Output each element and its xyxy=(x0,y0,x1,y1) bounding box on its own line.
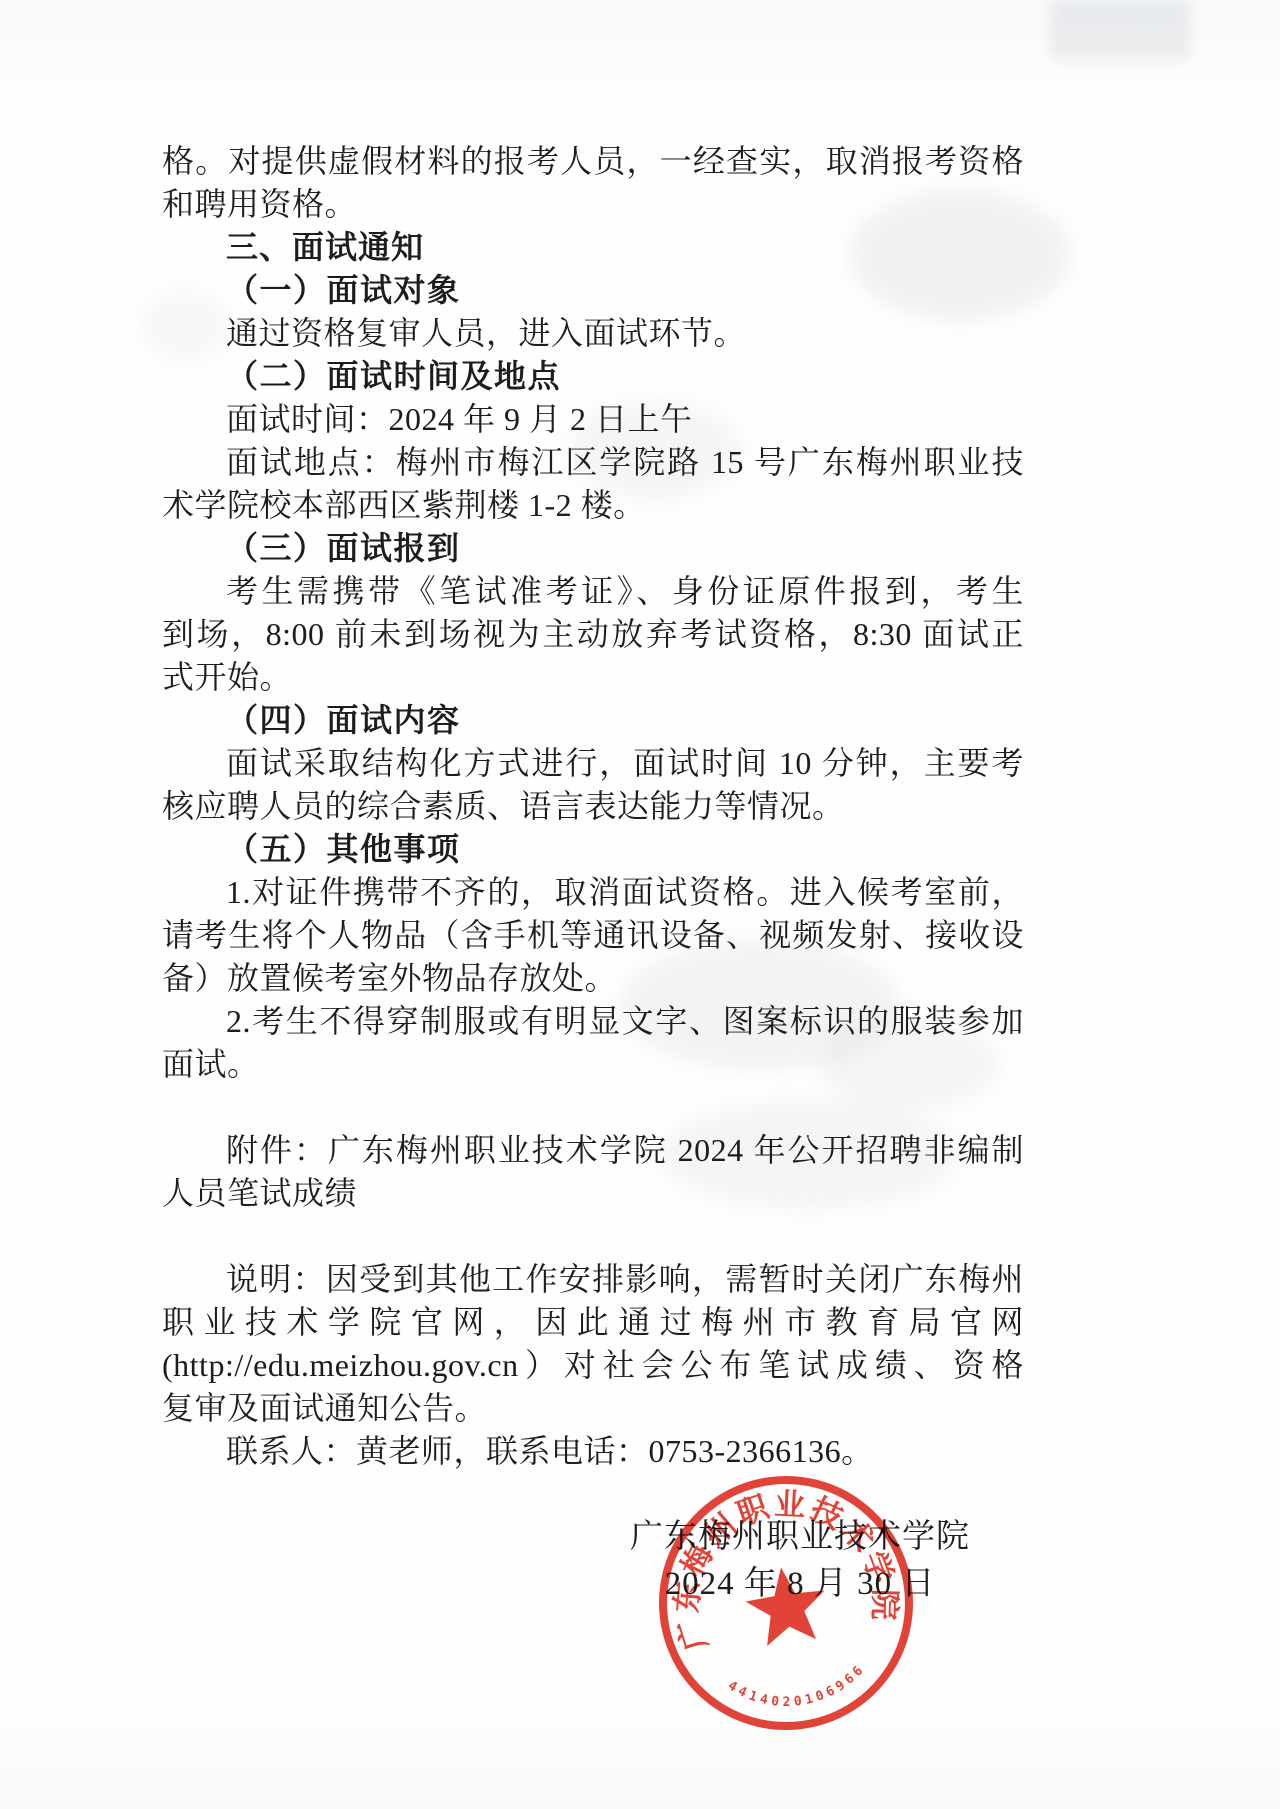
text-line: 面试时间：2024 年 9 月 2 日上午 xyxy=(162,398,1024,441)
text-line: 复审及面试通知公告。 xyxy=(162,1387,1024,1430)
text-line: 面试。 xyxy=(162,1043,1024,1086)
text-line: 人员笔试成绩 xyxy=(162,1172,1024,1215)
star-icon xyxy=(741,1562,831,1648)
text-line: 核应聘人员的综合素质、语言表达能力等情况。 xyxy=(162,785,1024,828)
text-line: 面试采取结构化方式进行，面试时间 10 分钟，主要考 xyxy=(162,742,1024,785)
blank-line xyxy=(162,1215,1024,1258)
blank-line xyxy=(162,1086,1024,1129)
text-line: 请考生将个人物品（含手机等通讯设备、视频发射、接收设 xyxy=(162,914,1024,957)
scan-artifact xyxy=(1050,0,1190,60)
text-line: （三）面试报到 xyxy=(162,527,1024,570)
text-line: 通过资格复审人员，进入面试环节。 xyxy=(162,312,1024,355)
text-line: 术学院校本部西区紫荆楼 1-2 楼。 xyxy=(162,484,1024,527)
document-body: 格。对提供虚假材料的报考人员，一经查实，取消报考资格和聘用资格。三、面试通知（一… xyxy=(162,140,1024,1473)
text-line: 和聘用资格。 xyxy=(162,183,1024,226)
text-line: 三、面试通知 xyxy=(162,226,1024,269)
official-seal-stamp: 广东梅州职业技术学院 4414020106966 xyxy=(641,1458,931,1748)
text-line: 附件：广东梅州职业技术学院 2024 年公开招聘非编制 xyxy=(162,1129,1024,1172)
text-line: 式开始。 xyxy=(162,656,1024,699)
text-line: 备）放置候考室外物品存放处。 xyxy=(162,957,1024,1000)
text-line: （五）其他事项 xyxy=(162,828,1024,871)
text-line: 考生需携带《笔试准考证》、身份证原件报到，考生 7:40 xyxy=(162,570,1024,613)
text-line: 职业技术学院官网，因此通过梅州市教育局官网 xyxy=(162,1301,1024,1344)
text-line: 1.对证件携带不齐的，取消面试资格。进入候考室前， xyxy=(162,871,1024,914)
text-line: （四）面试内容 xyxy=(162,699,1024,742)
document-page: 格。对提供虚假材料的报考人员，一经查实，取消报考资格和聘用资格。三、面试通知（一… xyxy=(0,0,1280,1809)
text-line: 到场，8:00 前未到场视为主动放弃考试资格，8:30 面试正 xyxy=(162,613,1024,656)
text-line: 面试地点：梅州市梅江区学院路 15 号广东梅州职业技 xyxy=(162,441,1024,484)
text-line: 说明：因受到其他工作安排影响，需暂时关闭广东梅州 xyxy=(162,1258,1024,1301)
text-line: (http://edu.meizhou.gov.cn）对社会公布笔试成绩、资格 xyxy=(162,1344,1024,1387)
text-line: （二）面试时间及地点 xyxy=(162,355,1024,398)
text-line: 格。对提供虚假材料的报考人员，一经查实，取消报考资格 xyxy=(162,140,1024,183)
text-line: （一）面试对象 xyxy=(162,269,1024,312)
text-line: 2.考生不得穿制服或有明显文字、图案标识的服装参加 xyxy=(162,1000,1024,1043)
